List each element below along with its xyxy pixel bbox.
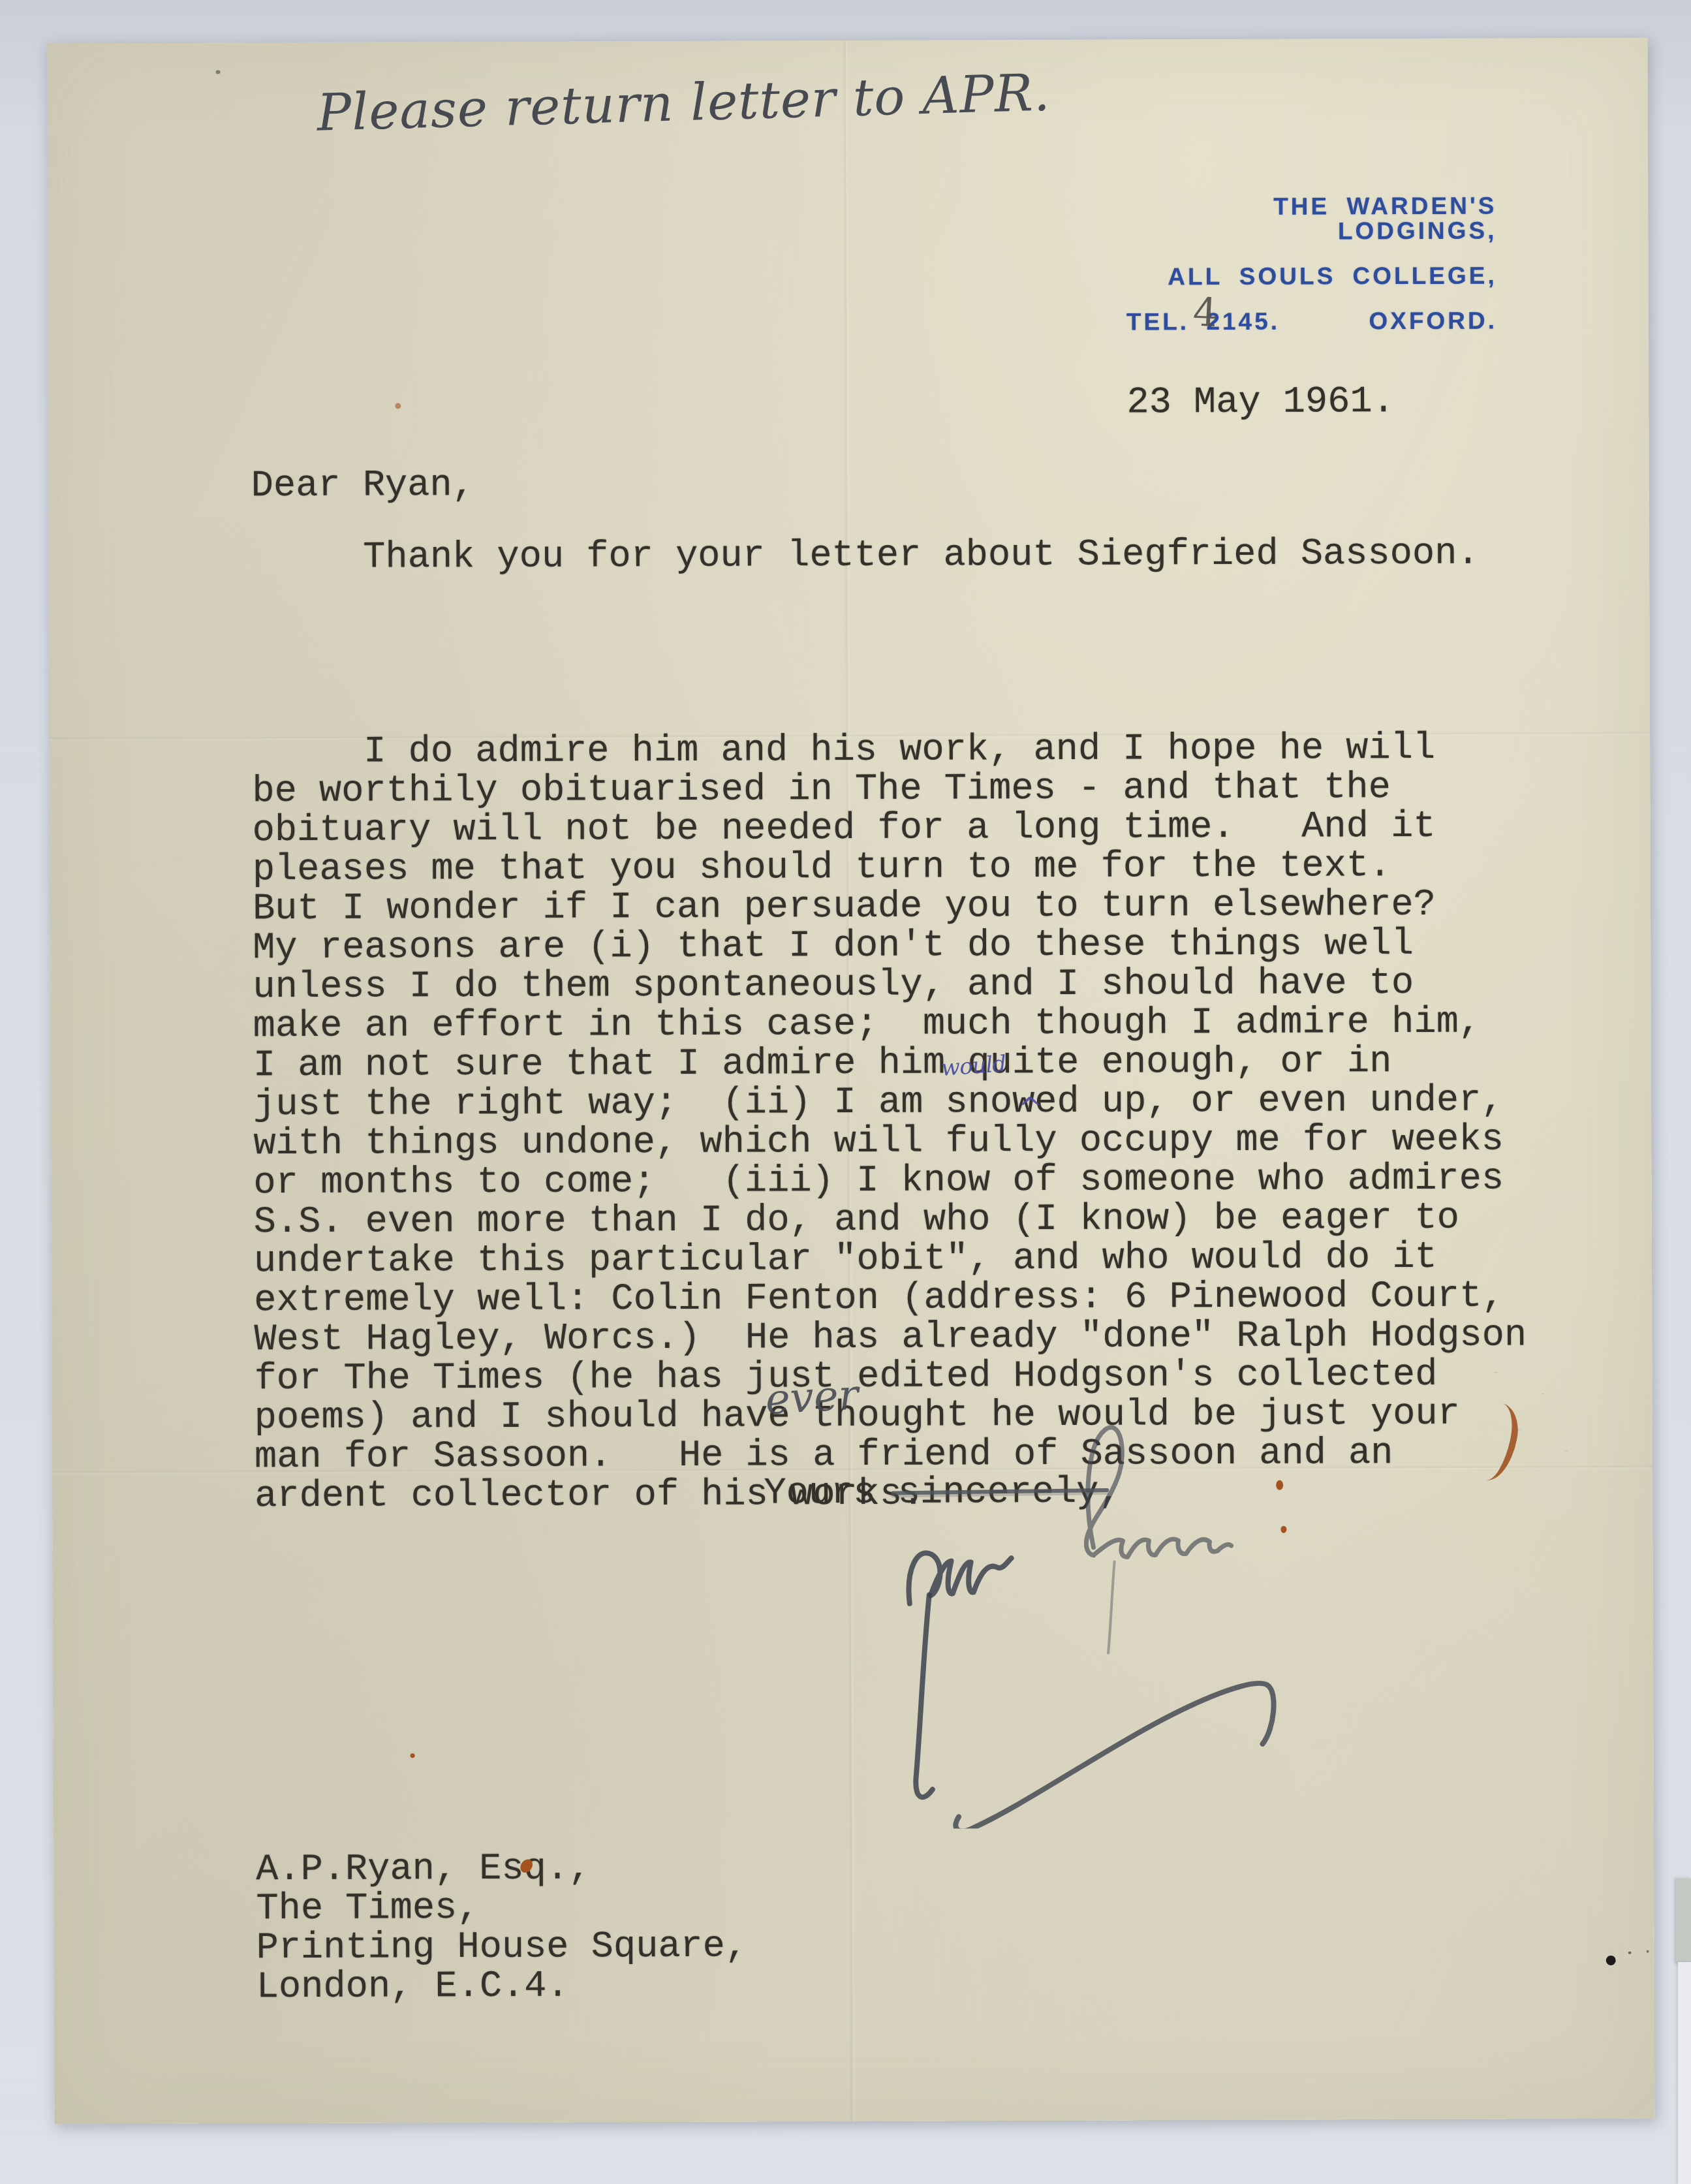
body-line: I do admire him and his work, and I hope… [252, 728, 1525, 772]
body-line: for The Times (he has just edited Hodgso… [254, 1355, 1527, 1399]
rust-spot [411, 1753, 415, 1758]
body-line: obituary will not be needed for a long t… [253, 807, 1525, 850]
dark-speck [216, 70, 221, 74]
signature-stroke-john [908, 1553, 1011, 1604]
letterhead-telephone: TEL. 2145. 4 [1126, 309, 1280, 335]
adjacent-paper-edge [1678, 1962, 1691, 2184]
letterhead: THE WARDEN'S LODGINGS, ALL SOULS COLLEGE… [1126, 194, 1497, 355]
body-line: My reasons are (i) that I don't do these… [253, 924, 1525, 968]
ink-dot [1606, 1956, 1616, 1965]
recipient-address: A.P.Ryan, Esq.,The Times,Printing House … [255, 1732, 747, 2008]
handwritten-replacement-ever: ever [764, 1371, 860, 1424]
letter-body: I do admire him and his work, and I hope… [252, 611, 1528, 1516]
signature-john-sparrow [897, 1397, 1303, 1829]
rust-spot [395, 403, 401, 409]
letterhead-line1: THE WARDEN'S LODGINGS, [1126, 194, 1497, 245]
letterhead-line3: TEL. 2145. 4 OXFORD. [1126, 309, 1497, 335]
body-line: just the right way; (ii) I am snowed up,… [253, 1081, 1526, 1125]
body-line: But I wonder if I can persuade you to tu… [253, 885, 1525, 929]
opening-line: Thank you for your letter about Siegfrie… [251, 535, 1480, 578]
letterhead-line2: ALL SOULS COLLEGE, [1126, 264, 1497, 290]
letterhead-city: OXFORD. [1369, 309, 1497, 334]
ink-speck [1647, 1950, 1649, 1953]
body-line: unless I do them spontaneously, and I sh… [253, 963, 1525, 1007]
ink-speck [1628, 1952, 1632, 1954]
letter-sheet: Please return letter to APR. THE WARDEN'… [47, 38, 1654, 2125]
date-line: 23 May 1961. [1126, 382, 1395, 422]
address-line: The Times, [256, 1888, 747, 1929]
adjacent-document-edge [1676, 1879, 1691, 1963]
photo-background: Please return letter to APR. THE WARDEN'… [0, 0, 1691, 2184]
body-line: West Hagley, Worcs.) He has already "don… [254, 1316, 1527, 1360]
body-line: be worthily obituarised in The Times - a… [252, 768, 1525, 811]
rust-spot [1276, 1480, 1283, 1490]
body-line: with things undone, which will fully occ… [253, 1120, 1526, 1164]
signature-stroke-sparrow [1086, 1427, 1232, 1557]
address-line: A.P.Ryan, Esq., [256, 1849, 747, 1890]
signature-stroke-descender [915, 1595, 933, 1798]
handwritten-insertion-would: would [940, 1051, 1007, 1082]
body-line: I am not sure that I admire him quite en… [253, 1042, 1526, 1085]
body-line: pleases me that you should turn to me fo… [253, 846, 1525, 890]
insertion-caret-mark: ^ [1017, 1091, 1043, 1126]
body-line: S.S. even more than I do, and who (I kno… [254, 1198, 1527, 1242]
salutation: Dear Ryan, [251, 466, 474, 506]
body-line: undertake this particular "obit", and wh… [254, 1238, 1527, 1281]
handwritten-return-note: Please return letter to APR. [317, 63, 1051, 142]
body-line: or months to come; (iii) I know of someo… [253, 1159, 1526, 1203]
closing-prefix: Yours [764, 1473, 897, 1515]
body-line: poems) and I should have thought he woul… [255, 1394, 1527, 1438]
body-line: make an effort in this case; much though… [253, 1003, 1526, 1046]
body-line: extremely well: Colin Fenton (address: 6… [254, 1277, 1527, 1320]
address-line: Printing House Square, [256, 1927, 748, 1969]
rust-spot [1280, 1526, 1286, 1533]
signature-stroke-flourish [955, 1683, 1275, 1829]
address-line: London, E.C.4. [256, 1967, 748, 2008]
signature-stroke-faint-tail [1108, 1562, 1115, 1653]
pencil-inserted-digit: 4 [1192, 300, 1218, 326]
